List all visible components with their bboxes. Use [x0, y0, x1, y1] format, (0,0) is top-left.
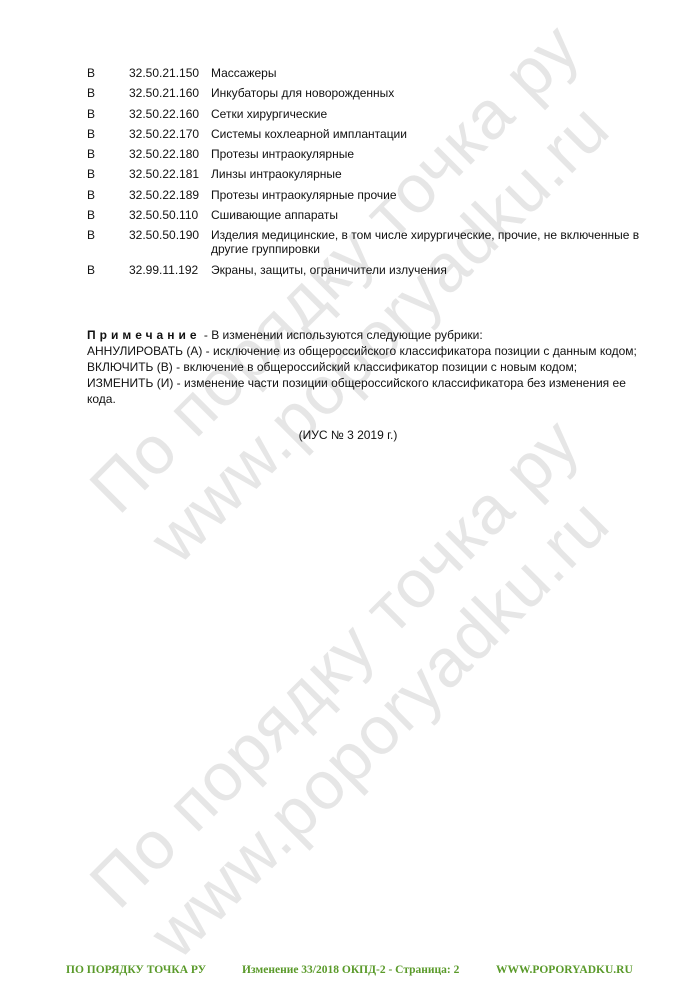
entry-code: 32.99.11.192 [129, 263, 211, 277]
entry-row: В32.50.50.190Изделия медицинские, в том … [87, 228, 647, 256]
watermark-url: www.poporyadku.ru [135, 484, 624, 973]
entry-name: Линзы интраокулярные [211, 167, 647, 181]
entry-mark: В [87, 188, 129, 202]
entry-name: Протезы интраокулярные [211, 147, 647, 161]
note-intro: - В изменении используются следующие руб… [201, 328, 483, 342]
entry-row: В32.50.22.160Сетки хирургические [87, 107, 647, 121]
ius-reference: (ИУС № 3 2019 г.) [0, 428, 700, 442]
entry-mark: В [87, 228, 129, 256]
entry-mark: В [87, 86, 129, 100]
footer-page-info: Изменение 33/2018 ОКПД-2 - Страница: 2 [242, 964, 459, 976]
entry-name: Инкубаторы для новорожденных [211, 86, 647, 100]
entry-row: В32.50.21.160Инкубаторы для новорожденны… [87, 86, 647, 100]
note-label: Примечание [87, 328, 201, 342]
entry-code: 32.50.21.160 [129, 86, 211, 100]
entry-code: 32.50.22.189 [129, 188, 211, 202]
entry-name: Экраны, защиты, ограничители излучения [211, 263, 647, 277]
entry-name: Сшивающие аппараты [211, 208, 647, 222]
entry-mark: В [87, 147, 129, 161]
note-line: ИЗМЕНИТЬ (И) - изменение части позиции о… [87, 376, 626, 406]
entry-code: 32.50.50.110 [129, 208, 211, 222]
entry-code: 32.50.22.180 [129, 147, 211, 161]
entry-mark: В [87, 167, 129, 181]
entry-mark: В [87, 263, 129, 277]
entry-code: 32.50.50.190 [129, 228, 211, 256]
entry-code: 32.50.21.150 [129, 66, 211, 80]
entry-name: Изделия медицинские, в том числе хирурги… [211, 228, 647, 256]
entry-row: В32.50.50.110Сшивающие аппараты [87, 208, 647, 222]
entry-name: Сетки хирургические [211, 107, 647, 121]
entry-code: 32.50.22.181 [129, 167, 211, 181]
entry-name: Системы кохлеарной имплантации [211, 127, 647, 141]
footer-url[interactable]: WWW.POPORYADKU.RU [496, 964, 633, 976]
entry-name: Протезы интраокулярные прочие [211, 188, 647, 202]
entry-mark: В [87, 127, 129, 141]
watermark-text: По порядку точка ру [75, 403, 595, 923]
classifier-entries: В32.50.21.150МассажерыВ32.50.21.160Инкуб… [87, 66, 647, 283]
entry-mark: В [87, 107, 129, 121]
entry-row: В32.50.22.189Протезы интраокулярные проч… [87, 188, 647, 202]
entry-mark: В [87, 66, 129, 80]
entry-row: В32.50.21.150Массажеры [87, 66, 647, 80]
note-line: АННУЛИРОВАТЬ (А) - исключение из общерос… [87, 344, 637, 358]
entry-mark: В [87, 208, 129, 222]
entry-name: Массажеры [211, 66, 647, 80]
note-block: Примечание - В изменении используются сл… [87, 327, 657, 407]
ius-text: (ИУС № 3 2019 г.) [299, 428, 398, 442]
entry-code: 32.50.22.170 [129, 127, 211, 141]
entry-row: В32.50.22.180Протезы интраокулярные [87, 147, 647, 161]
entry-row: В32.50.22.170Системы кохлеарной импланта… [87, 127, 647, 141]
note-line: ВКЛЮЧИТЬ (В) - включение в общероссийски… [87, 360, 577, 374]
entry-row: В32.99.11.192Экраны, защиты, ограничител… [87, 263, 647, 277]
entry-code: 32.50.22.160 [129, 107, 211, 121]
footer-site-name: ПО ПОРЯДКУ ТОЧКА РУ [66, 964, 206, 976]
entry-row: В32.50.22.181Линзы интраокулярные [87, 167, 647, 181]
